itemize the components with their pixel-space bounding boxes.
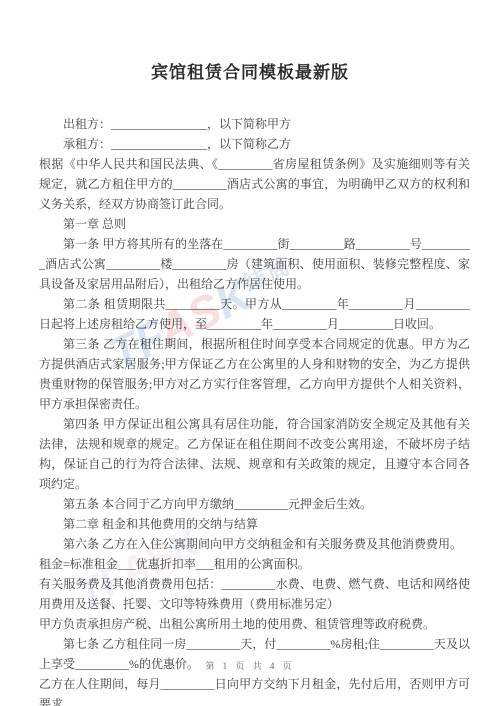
article-4: 第四条 甲方保证出租公寓具有居住功能，符合国家消防安全规定及其他有关法律，法规和…	[39, 414, 470, 494]
contract-body: 出租方：________________，以下简称甲方 承租方：________…	[39, 114, 470, 706]
contract-page: TFASK结局 TFASK 宾馆租赁合同模板最新版 出租方：__________…	[0, 0, 500, 706]
article-1: 第一条 甲方将其所有的坐落在_________街_________路______…	[39, 234, 470, 294]
tax-responsibility: 甲方负责承担房产税、出租公寓所用土地的使用费、租赁管理等政府税费。	[39, 614, 470, 634]
chapter-2-heading: 第二章 租金和其他费用的交纳与结算	[39, 514, 470, 534]
article-2: 第二条 租赁期限共_________天。甲方从_________年_______…	[39, 294, 470, 334]
document-title: 宾馆租赁合同模板最新版	[30, 58, 470, 83]
rent-formula: 租金=标准租金___优惠折扣率___租用的公寓面积。	[39, 554, 470, 574]
page-number-footer: 第 1 页 共 4 页	[0, 659, 500, 672]
payment-terms: 乙方在人住期间，每月_________日向甲方交纳下月租金，先付后用，否则甲方可…	[39, 674, 470, 706]
chapter-1-heading: 第一章 总则	[39, 214, 470, 234]
service-fees: 有关服务费及其他消费费用包括：_________水费、电费、燃气费、电话和网络使…	[39, 574, 470, 614]
paragraph-preamble: 根据《中华人民共和国民法典、《_________省房屋租赁条例》及实施细则等有关…	[39, 154, 470, 214]
article-3: 第三条 乙方在租住期间，根据所租住时间享受本合同规定的优惠。甲方为乙方提供酒店式…	[39, 334, 470, 414]
paragraph-lessor: 出租方：________________，以下简称甲方	[39, 114, 470, 134]
article-6: 第六条 乙方在入住公寓期间向甲方交纳租金和有关服务费及其他消费费用。	[39, 534, 470, 554]
article-5: 第五条 本合同于乙方向甲方缴纳_________元押金后生效。	[39, 494, 470, 514]
paragraph-lessee: 承租方：________________，以下简称乙方	[39, 134, 470, 154]
